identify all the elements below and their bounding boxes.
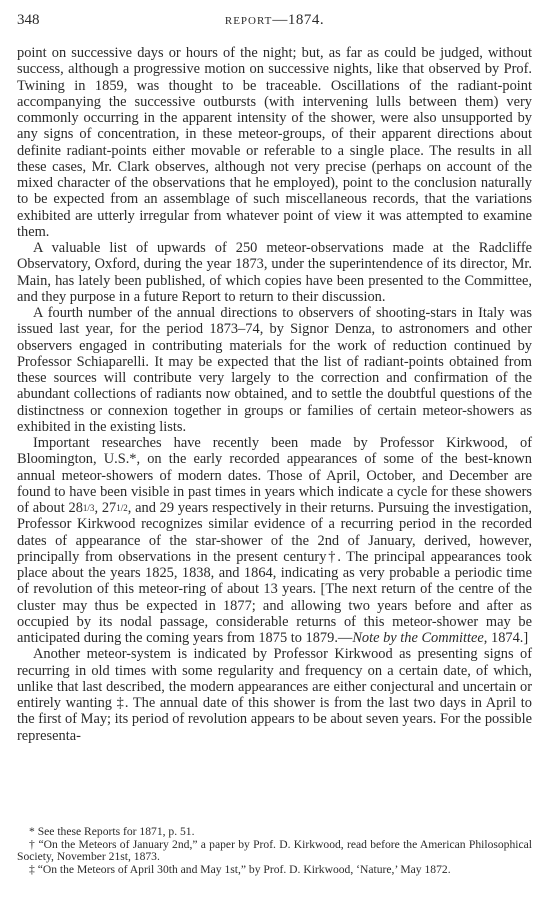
fraction-one-third: 1/3 bbox=[83, 503, 95, 513]
paragraph-4-part-3: , and 29 years respectively in their ret… bbox=[17, 500, 532, 646]
paragraph-4-part-2: , 27 bbox=[94, 500, 116, 516]
running-head: 348 REPORT—1874. bbox=[17, 12, 532, 30]
paragraph-2: A valuable list of upwards of 250 meteor… bbox=[17, 240, 532, 305]
footnote-text: See these Reports for 1871, p. 51. bbox=[35, 825, 195, 838]
committee-note-italic: Note by the Committee bbox=[352, 630, 483, 646]
body-text: point on successive days or hours of the… bbox=[17, 45, 532, 744]
paragraph-4-part-4: , 1874.] bbox=[484, 630, 528, 646]
paragraph-5: Another meteor-system is indicated by Pr… bbox=[17, 646, 532, 744]
running-title-smallcaps: REPORT bbox=[225, 15, 273, 27]
footnote-text: “On the Meteors of April 30th and May 1s… bbox=[35, 863, 451, 876]
footnote-double-dagger: ‡ “On the Meteors of April 30th and May … bbox=[17, 864, 532, 877]
fraction-one-half: 1/2 bbox=[116, 503, 128, 513]
footnote-dagger: † “On the Meteors of January 2nd,” a pap… bbox=[17, 839, 532, 864]
running-title-year: —1874. bbox=[272, 12, 324, 28]
footnotes: * See these Reports for 1871, p. 51. † “… bbox=[17, 826, 532, 876]
footnote-text: “On the Meteors of January 2nd,” a paper… bbox=[17, 838, 532, 864]
paragraph-4: Important researches have recently been … bbox=[17, 435, 532, 646]
paragraph-1: point on successive days or hours of the… bbox=[17, 45, 532, 240]
paragraph-3: A fourth number of the annual directions… bbox=[17, 305, 532, 435]
running-title: REPORT—1874. bbox=[17, 12, 532, 29]
document-page: 348 REPORT—1874. point on successive day… bbox=[0, 0, 550, 900]
